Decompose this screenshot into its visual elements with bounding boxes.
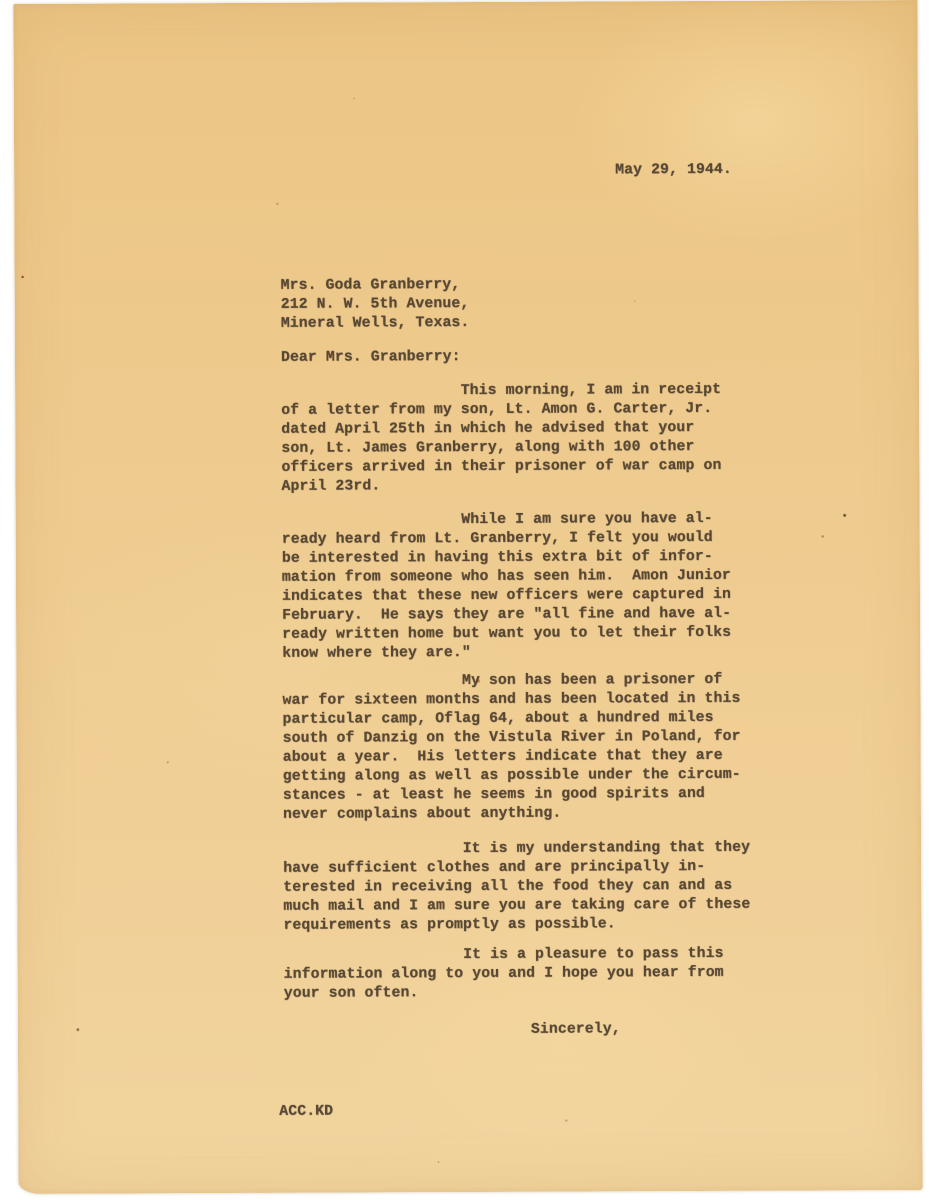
typist-initials: ACC.KD: [279, 1103, 333, 1122]
letter-paragraph: While I am sure you have al- ready heard…: [282, 510, 732, 664]
closing-signature: Sincerely,: [531, 1020, 621, 1039]
letter-date: May 29, 1944.: [615, 161, 732, 181]
letter-paragraph: This morning, I am in receipt of a lette…: [281, 381, 721, 497]
scan-background: May 29, 1944. Mrs. Goda Granberry, 212 N…: [0, 0, 929, 1200]
recipient-address: Mrs. Goda Granberry, 212 N. W. 5th Avenu…: [281, 276, 470, 334]
letter-paragraph: It is my understanding that they have su…: [283, 839, 750, 936]
letter-paragraph: My son has been a prisoner of war for si…: [282, 671, 741, 825]
salutation: Dear Mrs. Granberry:: [281, 348, 461, 368]
letter-paragraph: It is a pleasure to pass this informatio…: [284, 945, 724, 1004]
letter-paper: May 29, 1944. Mrs. Goda Granberry, 212 N…: [13, 0, 922, 1194]
